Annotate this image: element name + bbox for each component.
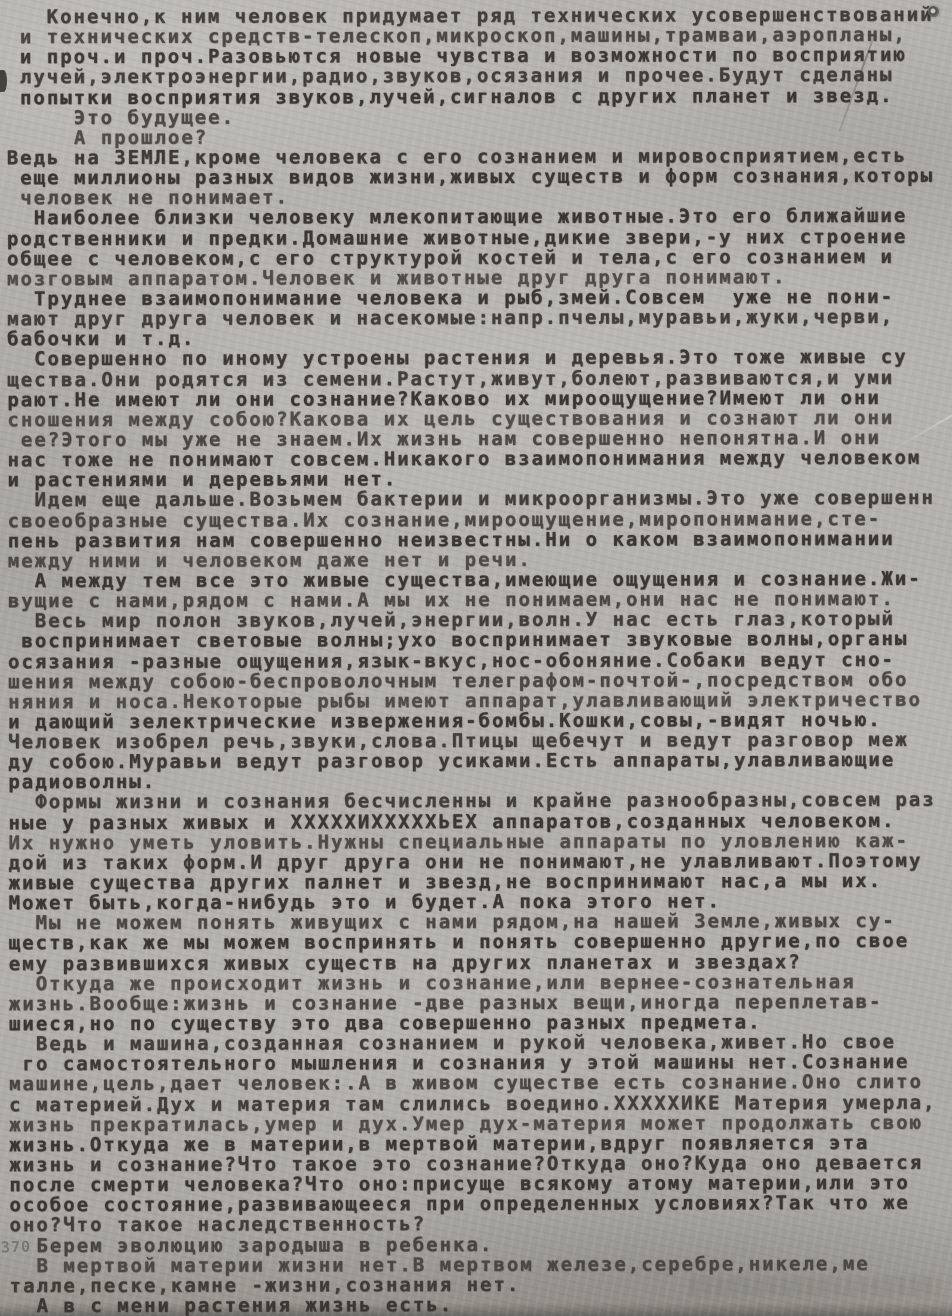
edge-ink-mark xyxy=(0,70,7,92)
text-line: попытки восприятия звуков,лучей,сигналов… xyxy=(6,85,952,108)
text-line: Это будущее. xyxy=(7,105,952,128)
text-line: своеобразные существа.Их сознание,мироощ… xyxy=(8,508,952,531)
text-line: дой из таких форм.И друг друга они не по… xyxy=(9,851,952,874)
text-line: няния и носа.Некоторые рыбы имеют аппара… xyxy=(8,690,952,713)
punch-hole-mark xyxy=(928,6,939,17)
text-line: мозговым аппаратом.Человек и животные др… xyxy=(7,267,952,290)
text-line: человек не понимает. xyxy=(7,186,952,209)
text-line: ществ,как же мы можем воспринять и понят… xyxy=(9,931,952,954)
text-line: нас тоже не понимают совсем.Никакого вза… xyxy=(7,448,952,471)
typewritten-text: Конечно,к ним человек придумает ряд техн… xyxy=(6,5,952,1316)
text-line: ду собою.Муравьи ведут разговор усиками.… xyxy=(8,750,952,773)
text-line: общее с человеком,с его структурой косте… xyxy=(7,246,952,269)
text-line: Ведь на ЗЕМЛЕ,кроме человека с его созна… xyxy=(7,146,952,169)
text-line: жизнь прекратилась,умер и дух.Умер дух-м… xyxy=(9,1112,952,1135)
text-line: щества.Они родятся из семени.Растут,живу… xyxy=(7,367,952,390)
bleedthrough-smudge xyxy=(690,1276,940,1296)
text-line: лучей,электроэнергии,радио,звуков,осязан… xyxy=(6,65,952,88)
text-line: особое состояние,развивающееся при опред… xyxy=(9,1193,952,1216)
text-line: между ними и человеком даже нет и речи. xyxy=(8,549,952,572)
text-line: В мертвой материи жизни нет.В мертвом же… xyxy=(10,1253,952,1276)
text-line: еще миллионы разных видов жизни,живых су… xyxy=(7,166,952,189)
text-line: Весь мир полон звуков,лучей,энергии,волн… xyxy=(8,609,952,632)
document-page: Конечно,к ним человек придумает ряд техн… xyxy=(0,0,952,1316)
text-line: мают друг друга человек и насекомые:напр… xyxy=(7,307,952,330)
text-line: Формы жизни и сознания бесчисленны и кра… xyxy=(8,790,952,813)
text-line: жизнь и сознание?Что такое это сознание?… xyxy=(9,1153,952,1176)
text-line: жизнь.Вообще:жизнь и сознание -две разны… xyxy=(9,992,952,1015)
text-line: Мы не можем понять живущих с нами рядом,… xyxy=(9,911,952,934)
text-line: оно?Что такое наследственность? xyxy=(9,1213,952,1236)
margin-stamp: 370 xyxy=(1,1237,32,1256)
text-line: А в с мени растения жизнь есть. xyxy=(10,1294,952,1316)
